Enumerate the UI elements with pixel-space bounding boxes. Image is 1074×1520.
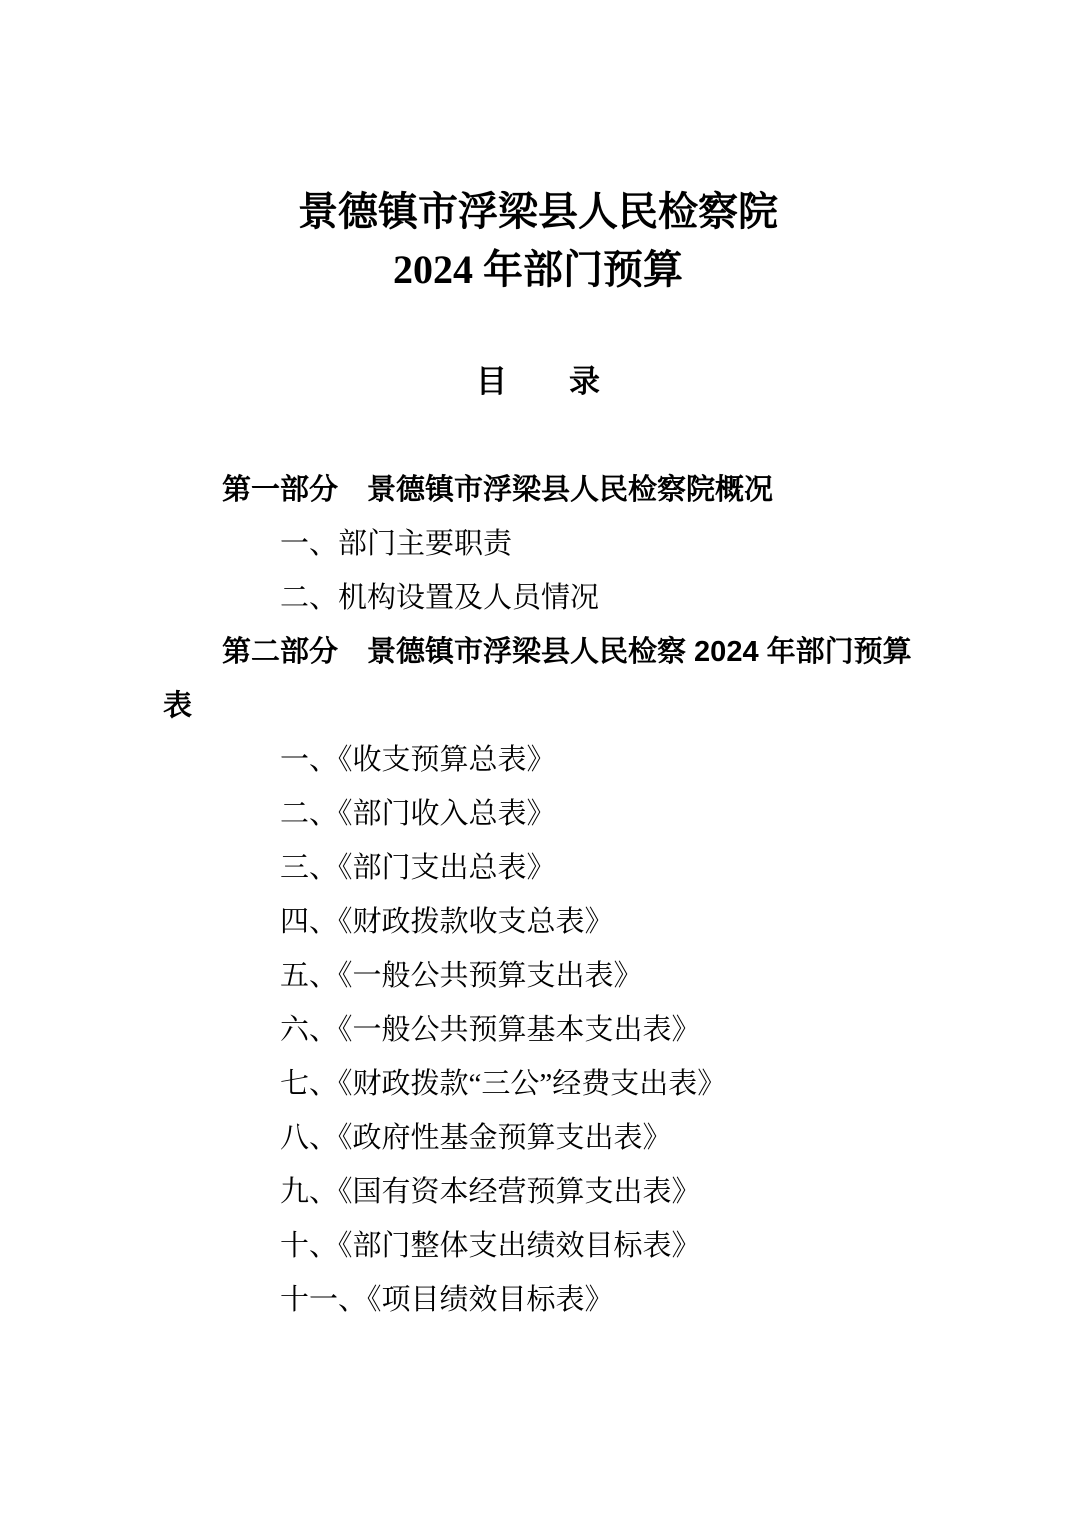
document-page: 景德镇市浮梁县人民检察院 2024 年部门预算 目 录 第一部分 景德镇市浮梁县… (0, 0, 1074, 1520)
document-title-line-2: 2024 年部门预算 (163, 241, 913, 299)
table-of-contents: 第一部分 景德镇市浮梁县人民检察院概况 一、部门主要职责 二、机构设置及人员情况… (163, 463, 913, 1327)
toc-item: 十、《部门整体支出绩效目标表》 (163, 1219, 913, 1273)
toc-item: 三、《部门支出总表》 (163, 841, 913, 895)
toc-section-1: 第一部分 景德镇市浮梁县人民检察院概况 一、部门主要职责 二、机构设置及人员情况 (163, 463, 913, 625)
toc-item: 六、《一般公共预算基本支出表》 (163, 1003, 913, 1057)
toc-item: 五、《一般公共预算支出表》 (163, 949, 913, 1003)
toc-item: 一、部门主要职责 (163, 517, 913, 571)
document-title: 景德镇市浮梁县人民检察院 2024 年部门预算 (163, 183, 913, 299)
toc-section-2: 第二部分 景德镇市浮梁县人民检察 2024 年部门预算 表 一、《收支预算总表》… (163, 625, 913, 1327)
document-title-line-1: 景德镇市浮梁县人民检察院 (163, 183, 913, 241)
toc-item: 二、机构设置及人员情况 (163, 571, 913, 625)
section-1-heading: 第一部分 景德镇市浮梁县人民检察院概况 (163, 463, 913, 517)
toc-item: 十一、《项目绩效目标表》 (163, 1273, 913, 1327)
toc-item: 九、《国有资本经营预算支出表》 (163, 1165, 913, 1219)
toc-item: 七、《财政拨款“三公”经费支出表》 (163, 1057, 913, 1111)
toc-item: 八、《政府性基金预算支出表》 (163, 1111, 913, 1165)
section-2-heading-line-1: 第二部分 景德镇市浮梁县人民检察 2024 年部门预算 (163, 625, 913, 679)
toc-heading: 目 录 (163, 360, 913, 404)
toc-item: 一、《收支预算总表》 (163, 733, 913, 787)
toc-item: 四、《财政拨款收支总表》 (163, 895, 913, 949)
section-2-heading-line-2: 表 (163, 679, 913, 733)
toc-item: 二、《部门收入总表》 (163, 787, 913, 841)
